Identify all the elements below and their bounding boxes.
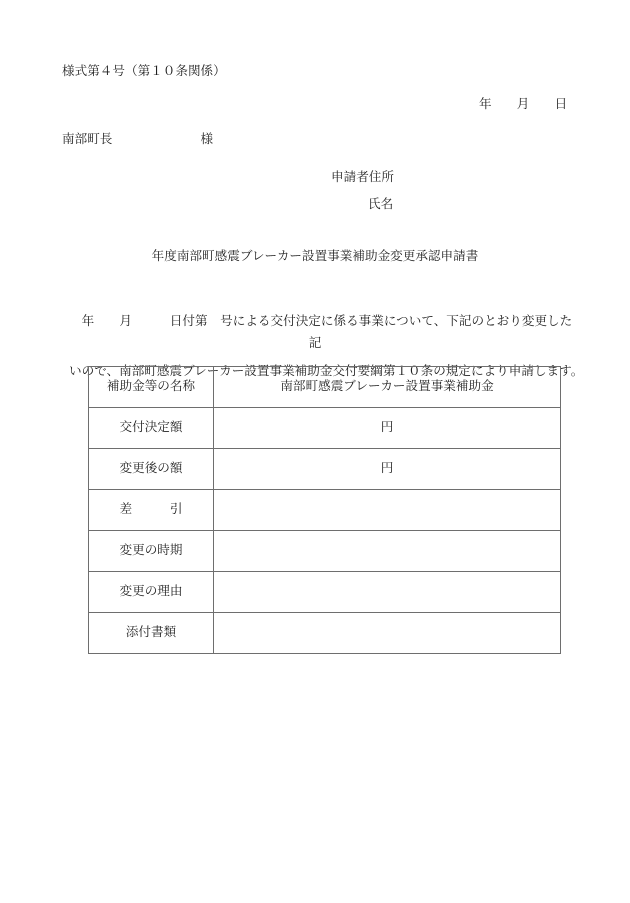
table-label-cell: 変更後の額	[89, 449, 214, 490]
table-label-cell: 添付書類	[89, 613, 214, 654]
addressee-line: 南部町長 様	[62, 132, 213, 148]
table-row: 変更の理由	[89, 572, 561, 613]
table-row: 変更後の額 円	[89, 449, 561, 490]
note-mark: 記	[0, 336, 630, 352]
form-number: 様式第４号（第１０条関係）	[62, 64, 226, 80]
table-label-cell: 差 引	[89, 490, 214, 531]
table-row: 差 引	[89, 490, 561, 531]
table-value-cell: 円	[214, 449, 561, 490]
page-title: 年度南部町感震ブレーカー設置事業補助金変更承認申請書	[0, 249, 630, 265]
table-label-cell: 変更の理由	[89, 572, 214, 613]
table-value-cell	[214, 613, 561, 654]
table-row: 変更の時期	[89, 531, 561, 572]
body-paragraph-line-1: 年 月 日付第 号による交付決定に係る事業について、下記のとおり変更した	[69, 312, 614, 331]
table-value-cell	[214, 531, 561, 572]
table-value-cell: 円	[214, 408, 561, 449]
applicant-address-label: 申請者住所	[331, 170, 394, 186]
subsidy-table: 補助金等の名称 南部町感震ブレーカー設置事業補助金 交付決定額 円 変更後の額 …	[88, 366, 561, 654]
table-row: 交付決定額 円	[89, 408, 561, 449]
table-label-cell: 補助金等の名称	[89, 367, 214, 408]
table-row: 添付書類	[89, 613, 561, 654]
table-value-cell	[214, 490, 561, 531]
table-row: 補助金等の名称 南部町感震ブレーカー設置事業補助金	[89, 367, 561, 408]
applicant-name-label: 氏名	[368, 197, 393, 213]
document-page: 様式第４号（第１０条関係） 年 月 日 南部町長 様 申請者住所 氏名 年度南部…	[0, 0, 630, 903]
table-label-cell: 交付決定額	[89, 408, 214, 449]
table-label-cell: 変更の時期	[89, 531, 214, 572]
date-line: 年 月 日	[479, 97, 567, 113]
table-value-cell	[214, 572, 561, 613]
table-value-cell: 南部町感震ブレーカー設置事業補助金	[214, 367, 561, 408]
